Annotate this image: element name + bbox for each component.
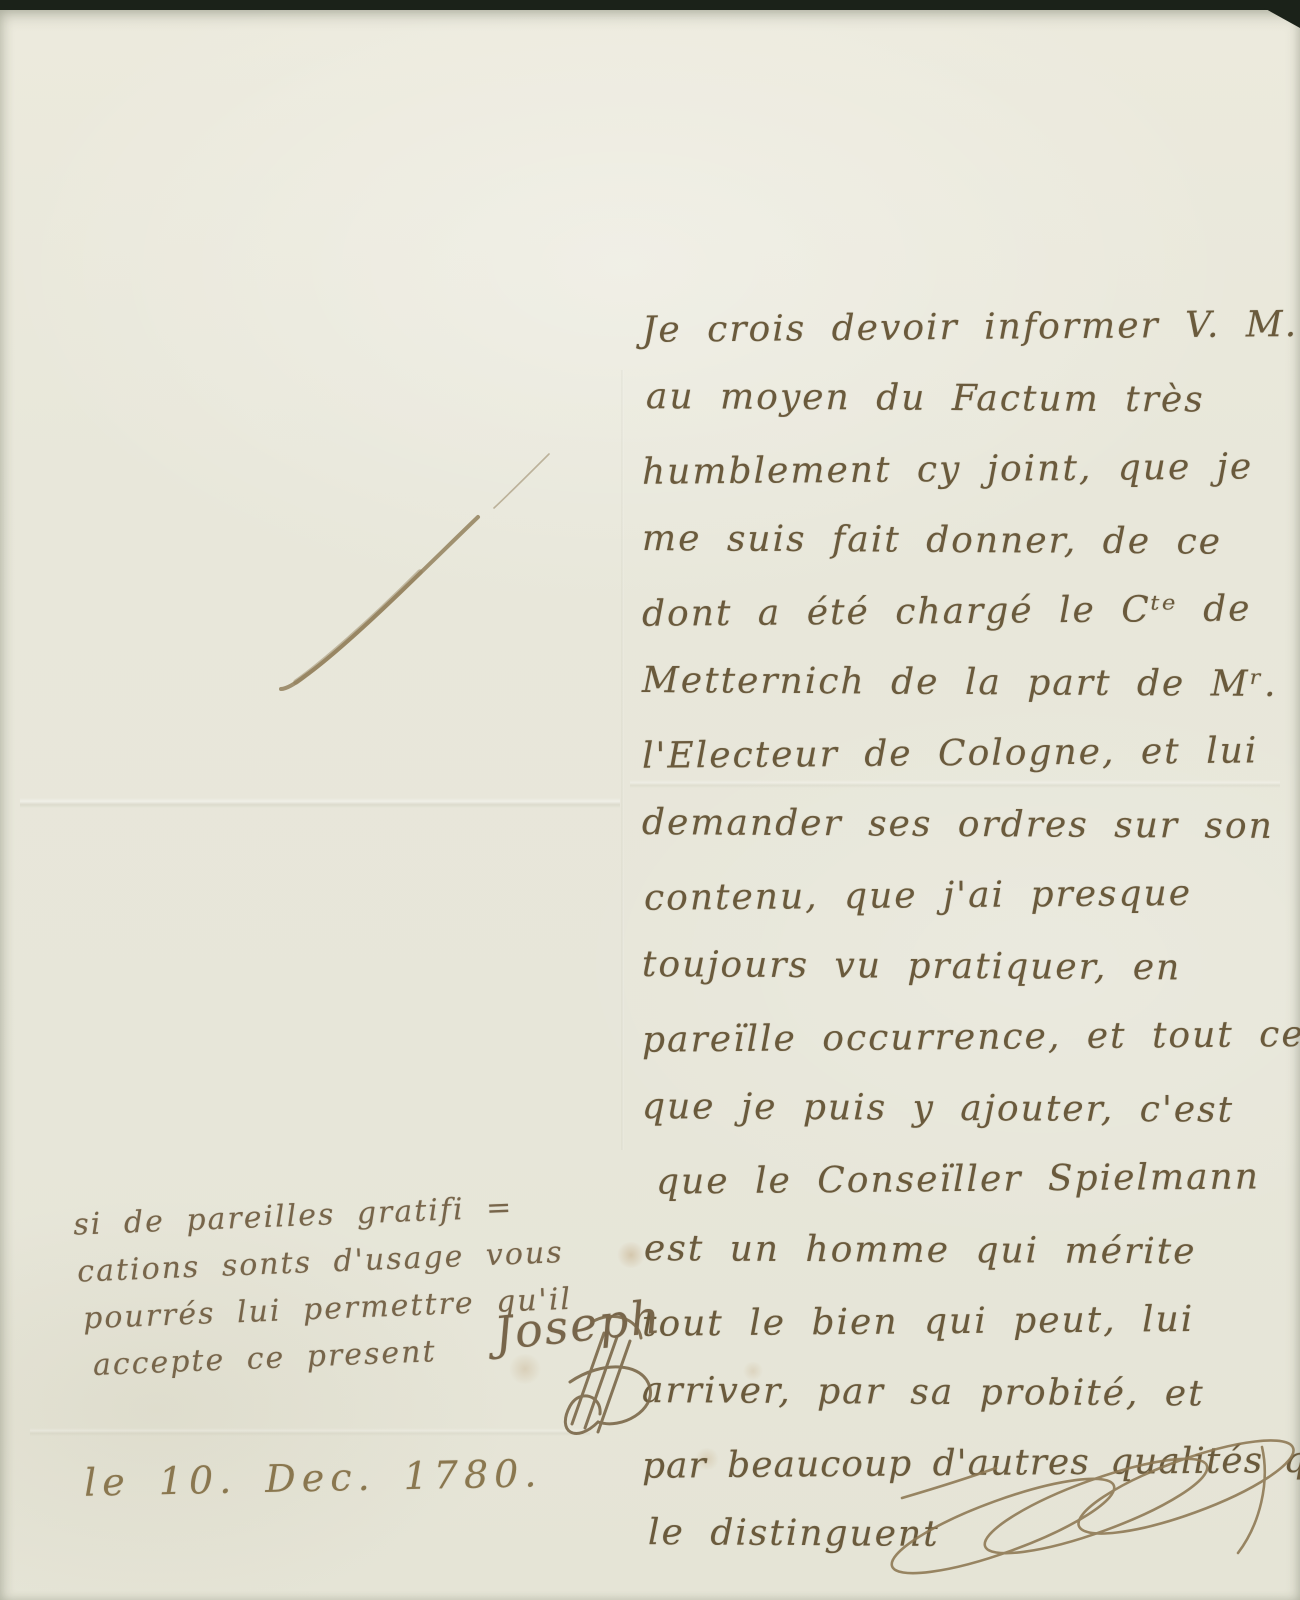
vertical-fold-crease	[621, 370, 624, 1150]
letter-body-line: au moyen du Factum très	[642, 361, 1278, 436]
letter-body-line: Je crois devoir informer V. M. I.	[642, 289, 1279, 366]
letter-body-line: dont a été chargé le Cᵗᵉ de	[642, 573, 1279, 650]
letter-body-line: pareïlle occurrence, et tout ce	[642, 999, 1279, 1076]
letter-body-line: contenu, que j'ai presque	[642, 857, 1279, 934]
letter-body-line: est un homme qui mérite	[642, 1213, 1278, 1288]
letter-body-line: que je puis y ajouter, c'est	[642, 1071, 1278, 1146]
letter-body-line: me suis fait donner, de ce	[642, 503, 1278, 578]
letter-body-line: que le Conseïller Spielmann	[642, 1141, 1279, 1218]
horizontal-fold-crease	[20, 798, 620, 808]
horizontal-fold-crease	[30, 1428, 590, 1436]
letter-body-line: arriver, par sa probité, et	[642, 1355, 1278, 1430]
letter-body-line: le distinguent	[642, 1497, 1278, 1572]
letter-body-line: Metternich de la part de Mʳ.	[642, 645, 1278, 720]
letter-body-line: humblement cy joint, que je	[642, 431, 1279, 508]
letter-body-line: l'Electeur de Cologne, et lui	[642, 715, 1279, 792]
letter-body-line: par beaucoup d'autres qualités qui	[642, 1425, 1279, 1502]
letter-body: Je crois devoir informer V. M. I. au moy…	[642, 292, 1278, 1570]
letter-body-line: toujours vu pratiquer, en	[642, 929, 1278, 1004]
letter-body-line: tout le bien qui peut, lui	[642, 1283, 1279, 1360]
letter-body-line: demander ses ordres sur son	[642, 787, 1278, 862]
marginal-apostille-note: si de pareilles gratifi = cations sonts …	[72, 1178, 659, 1389]
date-line: le 10. Dec. 1780.	[84, 1451, 543, 1505]
letter-paper: Je crois devoir informer V. M. I. au moy…	[0, 10, 1300, 1600]
